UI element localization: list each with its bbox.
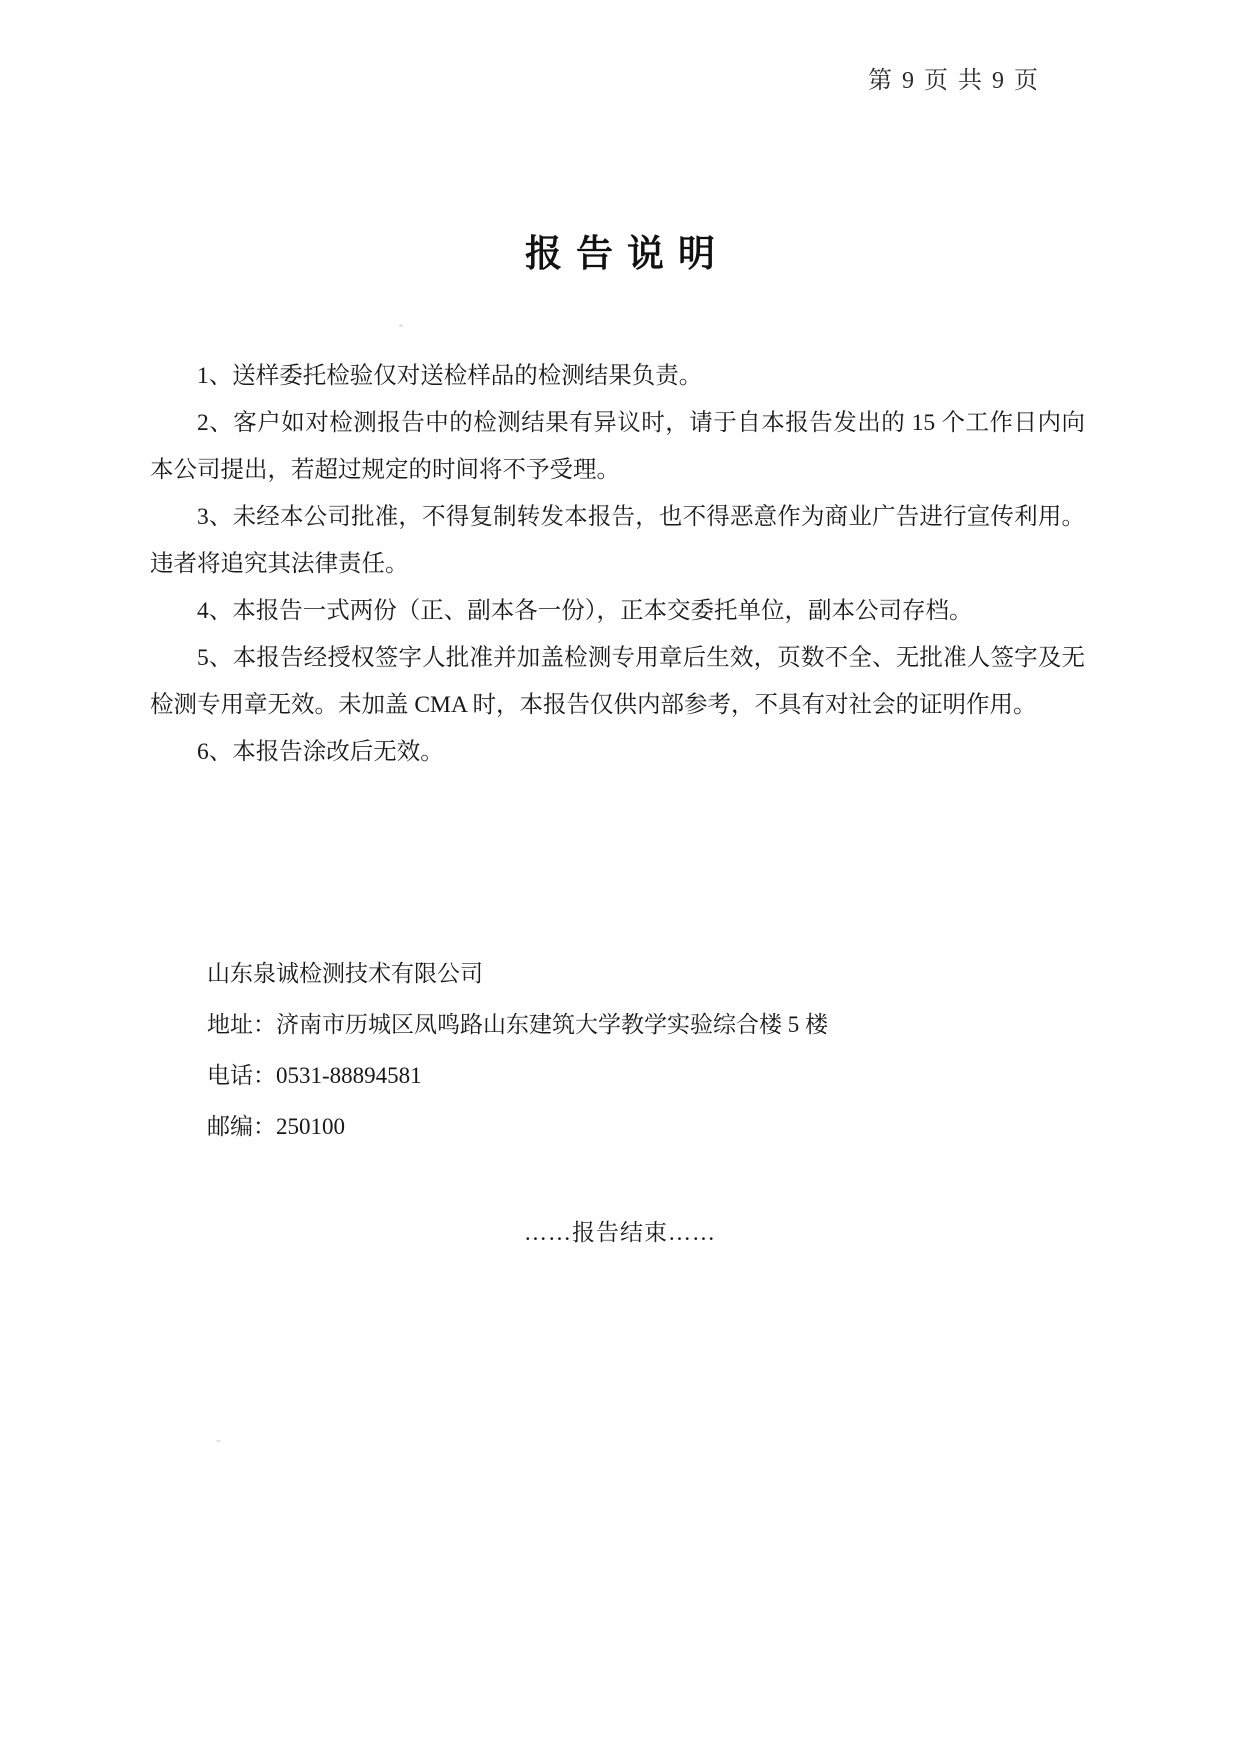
note-item-2: 2、客户如对检测报告中的检测结果有异议时，请于自本报告发出的 15 个工作日内向…: [150, 400, 1085, 494]
report-page: 第 9 页 共 9 页 报告说明 1、送样委托检验仅对送检样品的检测结果负责。 …: [0, 0, 1240, 1754]
note-item-1: 1、送样委托检验仅对送检样品的检测结果负责。: [150, 353, 1085, 400]
note-item-3: 3、未经本公司批准，不得复制转发本报告，也不得恶意作为商业广告进行宣传利用。违者…: [150, 494, 1085, 588]
page-title: 报告说明: [0, 223, 1240, 277]
note-item-5: 5、本报告经授权签字人批准并加盖检测专用章后生效，页数不全、无批准人签字及无检测…: [150, 635, 1085, 729]
company-name: 山东泉诚检测技术有限公司: [207, 948, 1085, 999]
report-end-marker: ……报告结束……: [0, 1214, 1240, 1247]
scan-artifact-dot: [399, 324, 403, 327]
page-number-indicator: 第 9 页 共 9 页: [0, 0, 1240, 95]
report-notes: 1、送样委托检验仅对送检样品的检测结果负责。 2、客户如对检测报告中的检测结果有…: [150, 353, 1085, 776]
company-phone: 电话：0531-88894581: [207, 1050, 1085, 1101]
scan-artifact-dot: [216, 1440, 221, 1442]
company-info: 山东泉诚检测技术有限公司 地址：济南市历城区凤鸣路山东建筑大学教学实验综合楼 5…: [207, 948, 1085, 1152]
company-postal-code: 邮编：250100: [207, 1101, 1085, 1152]
note-item-6: 6、本报告涂改后无效。: [150, 729, 1085, 776]
company-address: 地址：济南市历城区凤鸣路山东建筑大学教学实验综合楼 5 楼: [207, 999, 1085, 1050]
note-item-4: 4、本报告一式两份（正、副本各一份），正本交委托单位，副本公司存档。: [150, 588, 1085, 635]
